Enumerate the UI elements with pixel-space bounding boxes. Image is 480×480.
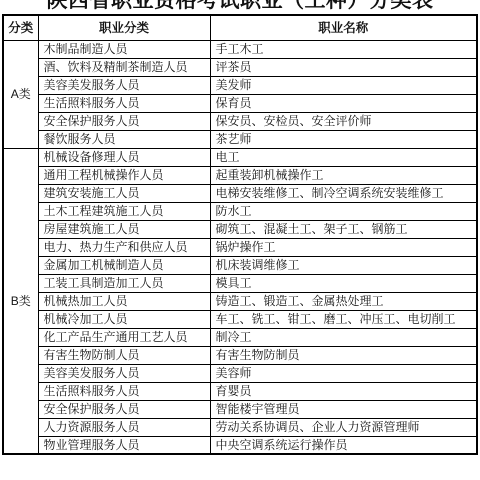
- occupation-class-cell: 生活照料服务人员: [38, 94, 210, 112]
- occupation-class-cell: 工装工具制造加工人员: [38, 274, 210, 292]
- occupation-class-cell: 物业管理服务人员: [38, 436, 210, 454]
- occupation-name-cell: 美发师: [210, 76, 477, 94]
- occupation-class-cell: 房屋建筑施工人员: [38, 220, 210, 238]
- occupation-name-cell: 美容师: [210, 364, 477, 382]
- occupation-name-cell: 保安员、安检员、安全评价师: [210, 112, 477, 130]
- occupation-class-cell: 有害生物防制人员: [38, 346, 210, 364]
- table-row: 安全保护服务人员智能楼宇管理员: [3, 400, 477, 418]
- occupation-name-cell: 机床装调维修工: [210, 256, 477, 274]
- category-cell: A类: [3, 40, 38, 148]
- occupation-name-cell: 有害生物防制员: [210, 346, 477, 364]
- table-row: 安全保护服务人员保安员、安检员、安全评价师: [3, 112, 477, 130]
- occupation-name-cell: 制冷工: [210, 328, 477, 346]
- occupation-name-cell: 电梯安装维修工、制冷空调系统安装维修工: [210, 184, 477, 202]
- table-header: 分类 职业分类 职业名称: [3, 15, 477, 40]
- occupation-class-cell: 美容美发服务人员: [38, 76, 210, 94]
- header-category: 分类: [3, 15, 38, 40]
- table-row: 生活照料服务人员育婴员: [3, 382, 477, 400]
- table-row: 房屋建筑施工人员砌筑工、混凝土工、架子工、钢筋工: [3, 220, 477, 238]
- table-row: 建筑安装施工人员电梯安装维修工、制冷空调系统安装维修工: [3, 184, 477, 202]
- occupation-name-cell: 评茶员: [210, 58, 477, 76]
- occupation-class-cell: 通用工程机械操作人员: [38, 166, 210, 184]
- table-row: B类机械设备修理人员电工: [3, 148, 477, 166]
- occupation-class-cell: 电力、热力生产和供应人员: [38, 238, 210, 256]
- occupation-name-cell: 模具工: [210, 274, 477, 292]
- table-row: 美容美发服务人员美容师: [3, 364, 477, 382]
- occupation-class-cell: 酒、饮料及精制茶制造人员: [38, 58, 210, 76]
- occupation-class-cell: 美容美发服务人员: [38, 364, 210, 382]
- occupation-name-cell: 车工、铣工、钳工、磨工、冲压工、电切削工: [210, 310, 477, 328]
- occupation-name-cell: 防水工: [210, 202, 477, 220]
- occupation-name-cell: 劳动关系协调员、企业人力资源管理师: [210, 418, 477, 436]
- occupation-name-cell: 铸造工、锻造工、金属热处理工: [210, 292, 477, 310]
- occupation-class-cell: 餐饮服务人员: [38, 130, 210, 148]
- table-row: 生活照料服务人员保育员: [3, 94, 477, 112]
- occupation-class-cell: 机械设备修理人员: [38, 148, 210, 166]
- table-row: 工装工具制造加工人员模具工: [3, 274, 477, 292]
- table-row: 机械冷加工人员车工、铣工、钳工、磨工、冲压工、电切削工: [3, 310, 477, 328]
- table-row: 酒、饮料及精制茶制造人员评茶员: [3, 58, 477, 76]
- occupation-class-cell: 人力资源服务人员: [38, 418, 210, 436]
- table-row: 美容美发服务人员美发师: [3, 76, 477, 94]
- occupation-name-cell: 起重装卸机械操作工: [210, 166, 477, 184]
- table-row: 土木工程建筑施工人员防水工: [3, 202, 477, 220]
- occupation-class-cell: 木制品制造人员: [38, 40, 210, 58]
- table-row: 人力资源服务人员劳动关系协调员、企业人力资源管理师: [3, 418, 477, 436]
- table-row: 通用工程机械操作人员起重装卸机械操作工: [3, 166, 477, 184]
- occupation-name-cell: 电工: [210, 148, 477, 166]
- occupation-name-cell: 中央空调系统运行操作员: [210, 436, 477, 454]
- category-cell: B类: [3, 148, 38, 454]
- occupation-name-cell: 茶艺师: [210, 130, 477, 148]
- header-row: 分类 职业分类 职业名称: [3, 15, 477, 40]
- occupation-class-cell: 机械热加工人员: [38, 292, 210, 310]
- occupation-class-cell: 安全保护服务人员: [38, 400, 210, 418]
- header-occupation-class: 职业分类: [38, 15, 210, 40]
- table-row: 餐饮服务人员茶艺师: [3, 130, 477, 148]
- occupation-class-cell: 生活照料服务人员: [38, 382, 210, 400]
- table-row: 机械热加工人员铸造工、锻造工、金属热处理工: [3, 292, 477, 310]
- occupation-class-cell: 金属加工机械制造人员: [38, 256, 210, 274]
- table-body: A类木制品制造人员手工木工酒、饮料及精制茶制造人员评茶员美容美发服务人员美发师生…: [3, 40, 477, 454]
- table-row: 有害生物防制人员有害生物防制员: [3, 346, 477, 364]
- occupation-name-cell: 砌筑工、混凝土工、架子工、钢筋工: [210, 220, 477, 238]
- table-row: 物业管理服务人员中央空调系统运行操作员: [3, 436, 477, 454]
- table-row: A类木制品制造人员手工木工: [3, 40, 477, 58]
- table-row: 金属加工机械制造人员机床装调维修工: [3, 256, 477, 274]
- occupation-class-cell: 安全保护服务人员: [38, 112, 210, 130]
- title-area: 陕西省职业资格考试职业（工种）分类表: [0, 0, 480, 13]
- occupation-name-cell: 育婴员: [210, 382, 477, 400]
- occupation-class-cell: 建筑安装施工人员: [38, 184, 210, 202]
- document-page: 陕西省职业资格考试职业（工种）分类表 分类 职业分类 职业名称 A类木制品制造人…: [0, 0, 480, 480]
- occupation-class-cell: 土木工程建筑施工人员: [38, 202, 210, 220]
- header-occupation-name: 职业名称: [210, 15, 477, 40]
- occupation-name-cell: 智能楼宇管理员: [210, 400, 477, 418]
- occupation-class-cell: 化工产品生产通用工艺人员: [38, 328, 210, 346]
- occupation-name-cell: 手工木工: [210, 40, 477, 58]
- occupation-class-cell: 机械冷加工人员: [38, 310, 210, 328]
- page-title: 陕西省职业资格考试职业（工种）分类表: [0, 0, 480, 13]
- classification-table: 分类 职业分类 职业名称 A类木制品制造人员手工木工酒、饮料及精制茶制造人员评茶…: [2, 14, 478, 455]
- occupation-name-cell: 保育员: [210, 94, 477, 112]
- occupation-name-cell: 锅炉操作工: [210, 238, 477, 256]
- table-row: 化工产品生产通用工艺人员制冷工: [3, 328, 477, 346]
- table-row: 电力、热力生产和供应人员锅炉操作工: [3, 238, 477, 256]
